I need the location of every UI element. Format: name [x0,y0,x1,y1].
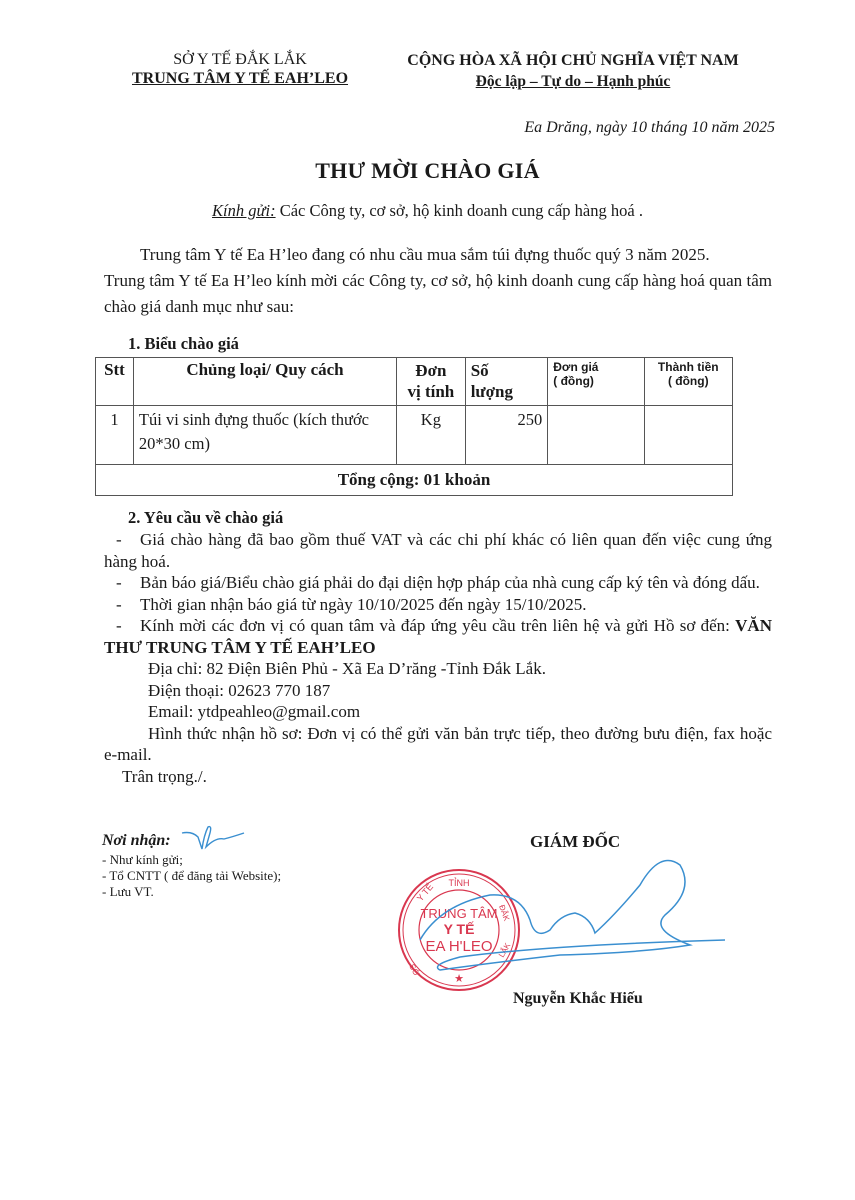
national-motto: Độc lập – Tự do – Hạnh phúc [393,71,753,92]
cell-unit-price [548,406,644,465]
table-row: 1 Túi vi sinh đựng thuốc (kích thước 20*… [96,406,733,465]
quotation-table: Stt Chủng loại/ Quy cách Đơnvị tính Sốlư… [95,357,733,496]
place-date: Ea Drăng, ngày 10 tháng 10 năm 2025 [524,119,775,137]
national-heading: CỘNG HÒA XÃ HỘI CHỦ NGHĨA VIỆT NAM Độc l… [393,50,753,92]
contact-address: Địa chỉ: 82 Điện Biên Phủ - Xã Ea D’răng… [104,658,772,680]
distribution-item: - Như kính gửi; [102,852,281,868]
cell-amount [644,406,732,465]
issuing-authority: SỞ Y TẾ ĐẮK LẮK TRUNG TÂM Y TẾ EAH’LEO [120,50,360,88]
distribution-item: - Tổ CNTT ( để đăng tải Website); [102,868,281,884]
cell-quantity: 250 [465,406,548,465]
header-unit: Đơnvị tính [397,358,466,406]
table-total-row: Tổng cộng: 01 khoản [96,465,733,496]
header-stt: Stt [96,358,134,406]
submission-methods: Hình thức nhận hồ sơ: Đơn vị có thể gửi … [104,723,772,766]
contact-email[interactable]: Email: ytdpeahleo@gmail.com [104,701,772,723]
recipient-line: Kính gửi: Các Công ty, cơ sở, hộ kinh do… [0,201,855,221]
header-unit-price: Đơn giá( đồng) [548,358,644,406]
organization-name: TRUNG TÂM Y TẾ EAH’LEO [120,69,360,88]
initials-signature-icon [180,823,250,853]
parent-organization: SỞ Y TẾ ĐẮK LẮK [120,50,360,69]
document-title: THƯ MỜI CHÀO GIÁ [0,158,855,184]
intro-paragraph: Trung tâm Y tế Ea H’leo kính mời các Côn… [104,268,772,320]
requirement-item: -Kính mời các đơn vị có quan tâm và đáp … [104,615,772,658]
section-heading-quote-table: 1. Biểu chào giá [128,334,239,354]
cell-unit: Kg [397,406,466,465]
closing-regards: Trân trọng./. [104,766,772,788]
header-quantity: Sốlượng [465,358,548,406]
requirement-item: -Thời gian nhận báo giá từ ngày 10/10/20… [104,594,772,616]
director-signature-icon [400,845,730,975]
distribution-item: - Lưu VT. [102,884,281,900]
requirement-item: -Giá chào hàng đã bao gồm thuế VAT và cá… [104,529,772,572]
intro-paragraphs: Trung tâm Y tế Ea H’leo đang có nhu cầu … [104,242,772,320]
recipient-label: Kính gửi: [212,201,276,220]
cell-stt: 1 [96,406,134,465]
header-amount: Thành tiền( đồng) [644,358,732,406]
requirement-item: -Bản báo giá/Biểu chào giá phải do đại d… [104,572,772,594]
cell-item: Túi vi sinh đựng thuốc (kích thước 20*30… [133,406,396,465]
contact-phone: Điện thoại: 02623 770 187 [104,680,772,702]
recipient-text: Các Công ty, cơ sở, hộ kinh doanh cung c… [276,201,643,220]
requirements-list: -Giá chào hàng đã bao gồm thuế VAT và cá… [104,529,772,787]
signer-name: Nguyễn Khắc Hiếu [513,990,643,1008]
total-cell: Tổng cộng: 01 khoản [96,465,733,496]
table-header-row: Stt Chủng loại/ Quy cách Đơnvị tính Sốlư… [96,358,733,406]
section-heading-requirements: 2. Yêu cầu về chào giá [128,508,283,528]
header-item: Chủng loại/ Quy cách [133,358,396,406]
intro-paragraph: Trung tâm Y tế Ea H’leo đang có nhu cầu … [104,242,772,268]
country-name: CỘNG HÒA XÃ HỘI CHỦ NGHĨA VIỆT NAM [393,50,753,71]
